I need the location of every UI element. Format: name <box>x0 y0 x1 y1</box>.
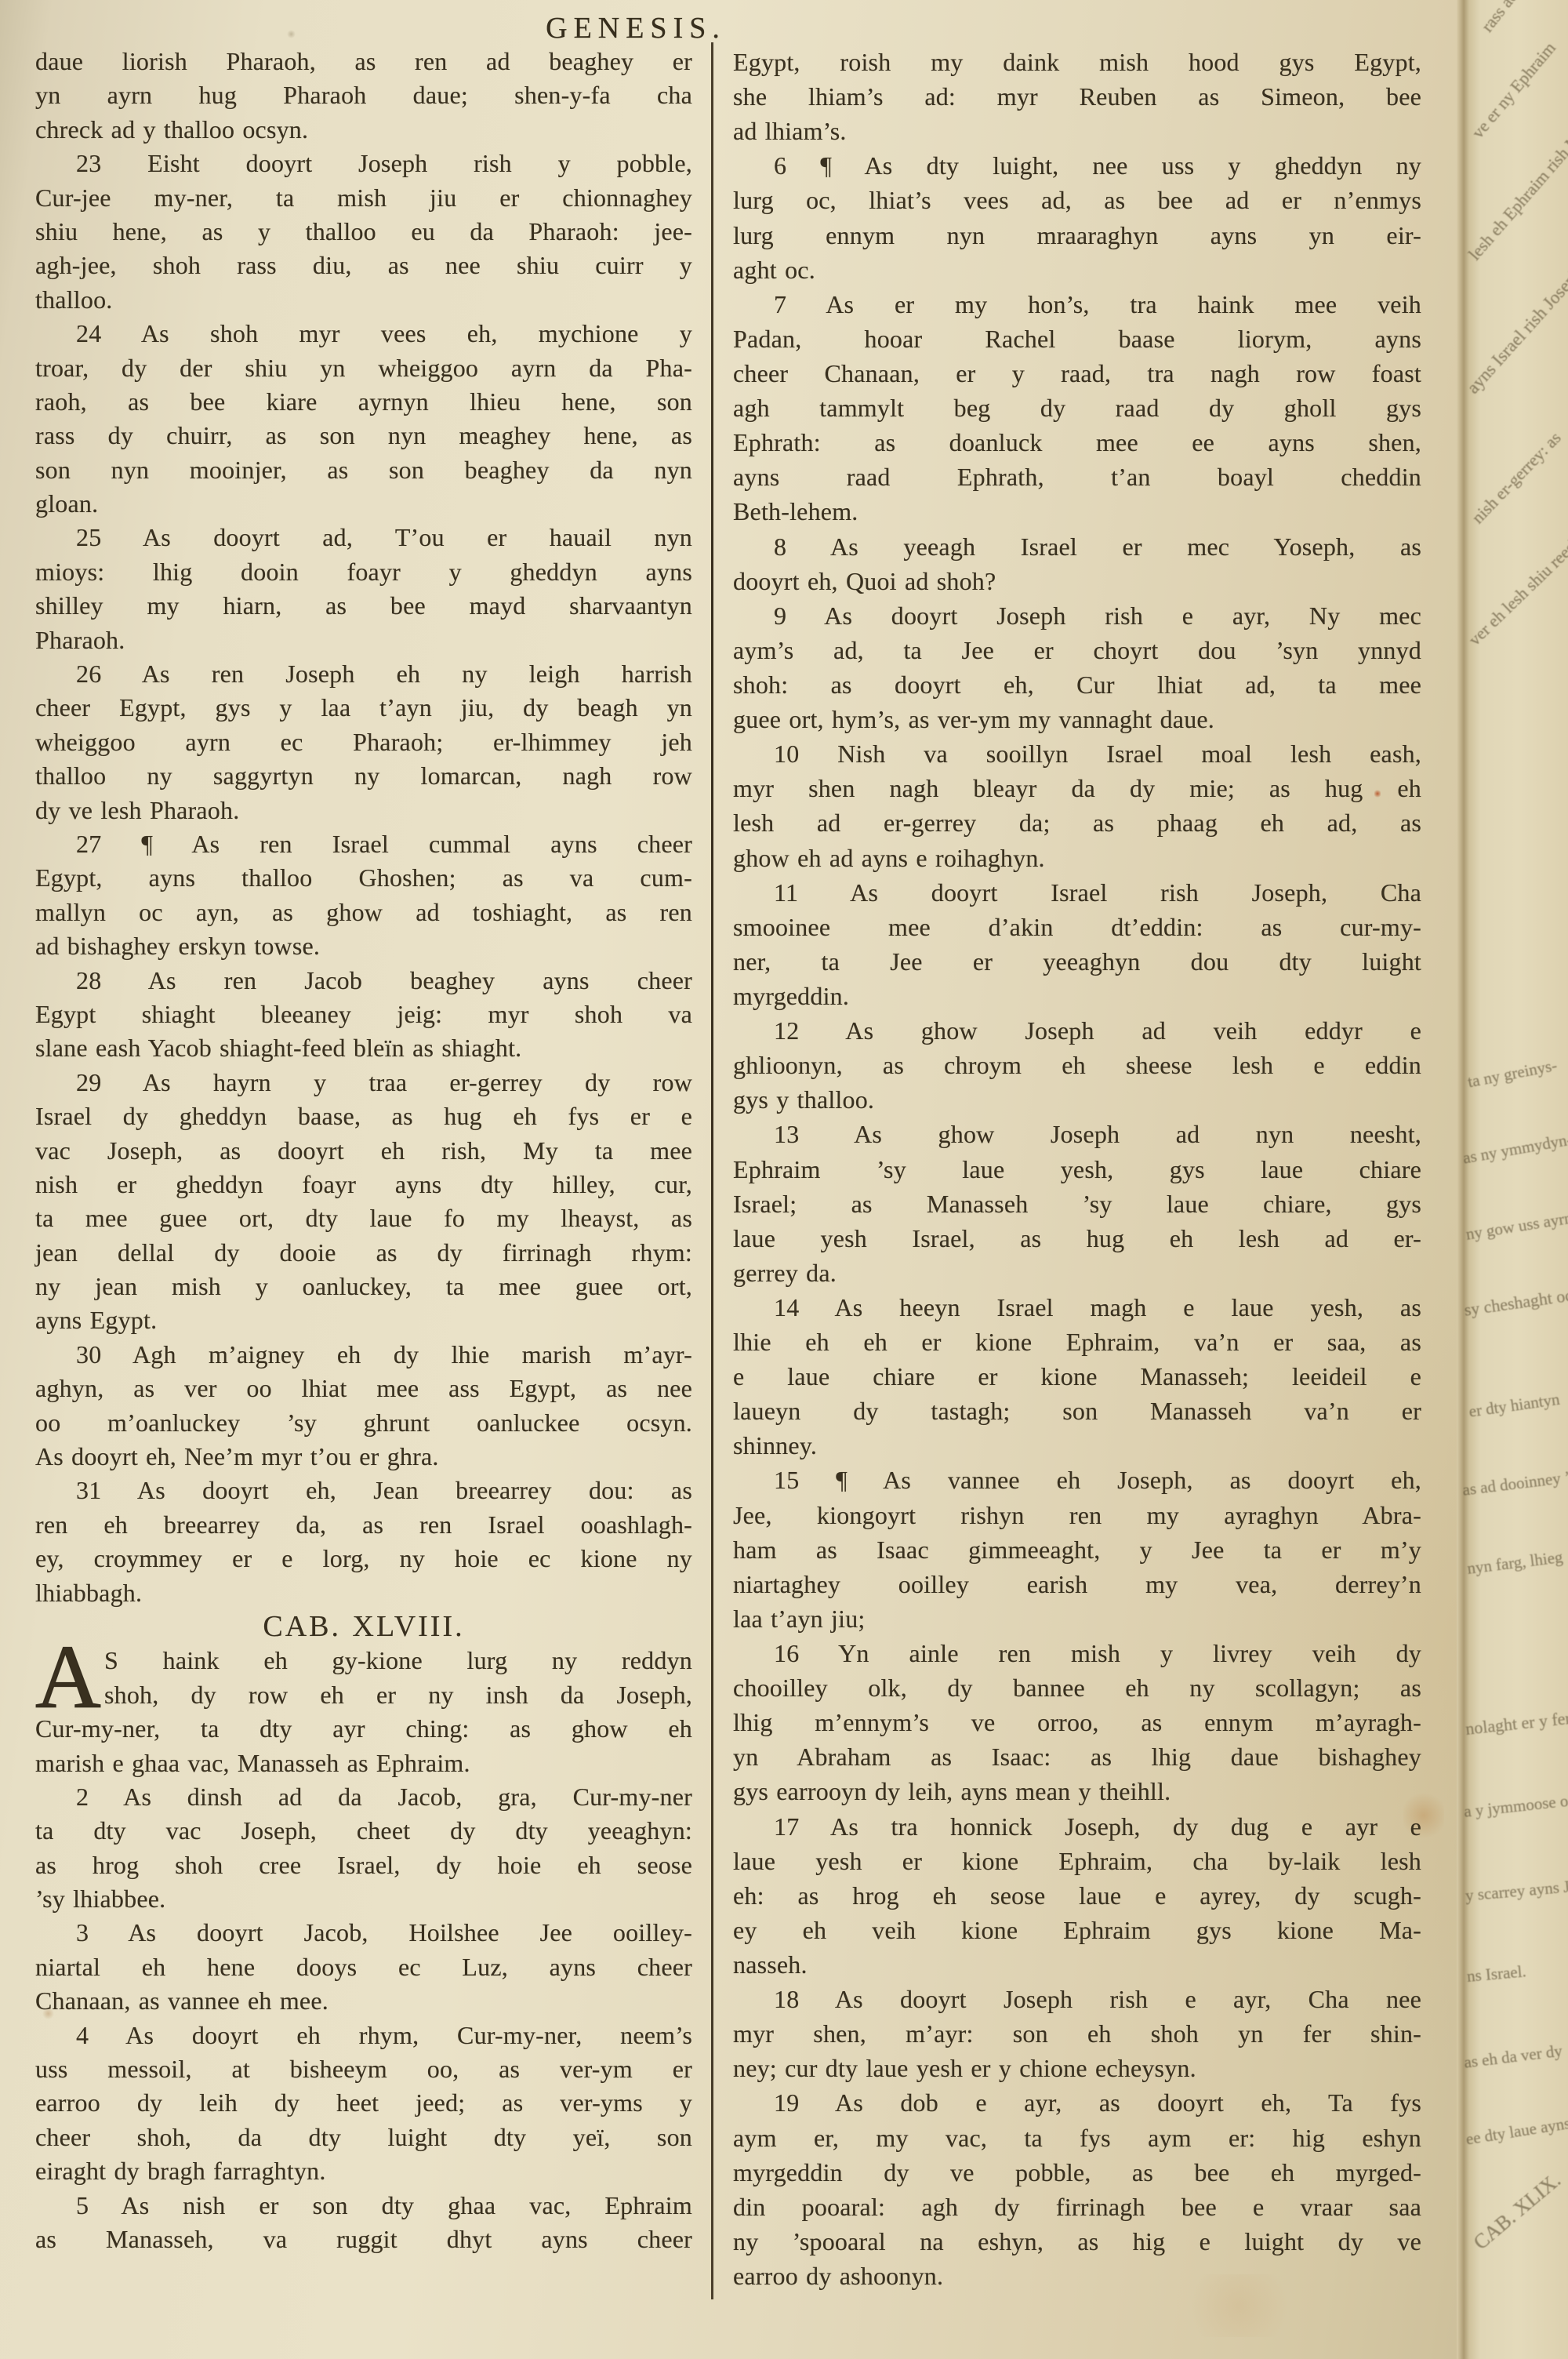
text-line: ad lhiam’s. <box>733 114 1421 148</box>
text-line: ham as Isaac gimmeeaght, y Jee ta er m’y <box>733 1532 1421 1567</box>
text-line: chooilley olk, dy bannee eh ny scollagyn… <box>733 1670 1421 1705</box>
text-line: e laue chiare er kione Manasseh; leeidei… <box>733 1359 1421 1394</box>
text-line: Jee, kiongoyrt rishyn ren my ayraghyn Ab… <box>733 1498 1421 1532</box>
text-line: gys earrooyn dy leih, ayns mean y theihl… <box>733 1774 1421 1808</box>
text-line: eiraght dy bragh farraghtyn. <box>35 2154 692 2188</box>
edge-text-fragment: lesh eh Ephraim rish M <box>1465 129 1568 264</box>
text-line: AS haink eh gy-kione lurg ny reddyn <box>35 1644 692 1677</box>
text-line: 23 Eisht dooyrt Joseph rish y pobble, <box>35 147 692 180</box>
edge-text-fragment: ny gow uss ayrn <box>1465 1209 1568 1245</box>
edge-text-fragment: as eh da ver dy <box>1463 2041 1563 2073</box>
chapter-heading: CAB. XLVIII. <box>35 1610 692 1644</box>
text-line: thalloo ny saggyrtyn ny lomarcan, nagh r… <box>35 759 692 793</box>
text-line: lesh ad er-gerrey da; as phaag eh ad, as <box>733 805 1421 840</box>
text-line: agh tammylt beg dy raad dy gholl gys <box>733 391 1421 425</box>
text-line: ad bishaghey erskyn towse. <box>35 929 692 963</box>
text-line: Pharaoh. <box>35 623 692 657</box>
text-line: as Manasseh, va ruggit dhyt ayns cheer <box>35 2223 692 2256</box>
text-line: 2 As dinsh ad da Jacob, gra, Cur-my-ner <box>35 1780 692 1814</box>
text-line: thalloo. <box>35 283 692 317</box>
text-line: myr shen nagh bleayr da dy mie; as hug e… <box>733 771 1421 805</box>
text-line: aght oc. <box>733 253 1421 287</box>
text-column-right: Egypt, roish my daink mish hood gys Egyp… <box>733 45 1421 2293</box>
text-line: ny jean mish y oanluckey, ta mee guee or… <box>35 1270 692 1303</box>
text-line: aghyn, as ver oo lhiat mee ass Egypt, as… <box>35 1372 692 1405</box>
text-line: 27 ¶ As ren Israel cummal ayns cheer <box>35 827 692 861</box>
text-line: dy ve lesh Pharaoh. <box>35 794 692 827</box>
edge-text-fragment: nolaght er y fer <box>1465 1708 1568 1739</box>
text-line: ghow eh ad ayns e roihaghyn. <box>733 841 1421 875</box>
edge-text-fragment: as ad dooinney ’gh <box>1461 1466 1568 1500</box>
text-line: ta dty vac Joseph, cheet dy dty yeeaghyn… <box>35 1814 692 1848</box>
text-line: cheer Egypt, gys y laa t’ayn jiu, dy bea… <box>35 691 692 725</box>
text-line: ny ’spooaral na eshyn, as hig e luight d… <box>733 2224 1421 2259</box>
text-line: 8 As yeeagh Israel er mec Yoseph, as <box>733 529 1421 564</box>
book-page: GENESIS. daue liorish Pharaoh, as ren ad… <box>0 0 1457 2359</box>
text-line: Ephraim ’sy laue yesh, gys laue chiare <box>733 1152 1421 1187</box>
text-column-left: daue liorish Pharaoh, as ren ad beaghey … <box>35 45 692 2256</box>
text-line: 28 As ren Jacob beaghey ayns cheer <box>35 964 692 998</box>
text-line: she lhiam’s ad: myr Reuben as Simeon, be… <box>733 79 1421 114</box>
text-line: din pooaral: agh dy firrinagh bee e vraa… <box>733 2190 1421 2224</box>
edge-text-fragment: CAB. XLIX. <box>1469 2168 1566 2255</box>
text-line: raoh, as bee kiare ayrnyn lhieu hene, so… <box>35 385 692 419</box>
text-line: Ephrath: as doanluck mee ee ayns shen, <box>733 425 1421 460</box>
text-line: laue yesh Israel, as hug eh lesh ad er- <box>733 1221 1421 1256</box>
text-line: Egypt shiaght bleeaney jeig: myr shoh va <box>35 998 692 1031</box>
text-line: earroo dy leih dy heet jeed; as ver-yms … <box>35 2086 692 2120</box>
text-line: 31 As dooyrt eh, Jean breearrey dou: as <box>35 1474 692 1507</box>
text-line: 10 Nish va sooillyn Israel moal lesh eas… <box>733 736 1421 771</box>
text-line: cheer Chanaan, er y raad, tra nagh row f… <box>733 356 1421 391</box>
text-line: 25 As dooyrt ad, T’ou er hauail nyn <box>35 521 692 554</box>
text-line: Padan, hooar Rachel baase liorym, ayns <box>733 322 1421 356</box>
edge-text-fragment: ee dty laue ayns <box>1465 2114 1568 2150</box>
text-line: myr shen, m’ayr: son eh shoh yn fer shin… <box>733 2016 1421 2051</box>
text-line: lhiabbagh. <box>35 1576 692 1610</box>
text-line: shilley my hiarn, as bee mayd sharvaanty… <box>35 589 692 623</box>
text-line: earroo dy ashoonyn. <box>733 2259 1421 2293</box>
text-line: 14 As heeyn Israel magh e laue yesh, as <box>733 1290 1421 1325</box>
text-line: 24 As shoh myr vees eh, mychione y <box>35 317 692 351</box>
text-line: Cur-jee my-ner, ta mish jiu er chionnagh… <box>35 181 692 215</box>
edge-text-fragment: nyn farg, lhieg <box>1466 1547 1564 1579</box>
edge-text-fragment: ayns Israel rish Joseph <box>1463 264 1568 398</box>
edge-text-fragment: ns Israel. <box>1466 1961 1527 1986</box>
text-line: 18 As dooyrt Joseph rish e ayr, Cha nee <box>733 1982 1421 2016</box>
edge-text-fragment: nish er-gerrey: as <box>1468 427 1565 528</box>
text-line: cheer shoh, da dty luight dty yeï, son <box>35 2121 692 2154</box>
text-line: Beth-lehem. <box>733 494 1421 529</box>
text-line: shiu hene, as y thalloo eu da Pharaoh: j… <box>35 215 692 249</box>
text-line: myrgeddin dy ve pobble, as bee eh myrged… <box>733 2155 1421 2190</box>
text-line: eh: as hrog eh seose laue e ayrey, dy sc… <box>733 1878 1421 1913</box>
text-line: niartaghey ooilley earish my vea, derrey… <box>733 1567 1421 1601</box>
next-page-edge: rass ad liorishve er ny Ephraimlesh eh E… <box>1457 0 1568 2359</box>
text-line: daue liorish Pharaoh, as ren ad beaghey … <box>35 45 692 78</box>
text-line: 5 As nish er son dty ghaa vac, Ephraim <box>35 2189 692 2223</box>
text-line: yn Abraham as Isaac: as lhig daue bishag… <box>733 1739 1421 1774</box>
text-line: mioys: lhig dooin foayr y gheddyn ayns <box>35 555 692 589</box>
text-line: niartal eh hene dooys ec Luz, ayns cheer <box>35 1950 692 1984</box>
text-line: guee ort, hym’s, as ver-ym my vannaght d… <box>733 702 1421 736</box>
text-line: son nyn mooinjer, as son beaghey da nyn <box>35 453 692 487</box>
edge-text-fragment: ver eh lesh shiu reesht g <box>1465 520 1568 650</box>
text-line: wheiggoo ayrn ec Pharaoh; er-lhimmey jeh <box>35 725 692 759</box>
text-line: 4 As dooyrt eh rhym, Cur-my-ner, neem’s <box>35 2019 692 2052</box>
text-line: Egypt, roish my daink mish hood gys Egyp… <box>733 45 1421 79</box>
text-line: lhie eh eh er kione Ephraim, va’n er saa… <box>733 1325 1421 1359</box>
text-line: ney; cur dty laue yesh er y chione echey… <box>733 2051 1421 2085</box>
text-line: 29 As hayrn y traa er-gerrey dy row <box>35 1066 692 1100</box>
running-head: GENESIS. <box>0 11 1364 45</box>
text-line: aym’s ad, ta Jee er choyrt dou ’syn ynny… <box>733 633 1421 667</box>
text-line: ayns Egypt. <box>35 1303 692 1337</box>
edge-text-fragment: sy cheshaght oc, O <box>1463 1282 1568 1321</box>
text-line: shoh: as dooyrt eh, Cur lhiat ad, ta mee <box>733 667 1421 702</box>
text-line: gloan. <box>35 487 692 521</box>
text-line: ta mee guee ort, dty laue fo my lheayst,… <box>35 1201 692 1235</box>
text-line: agh-jee, shoh rass diu, as nee shiu cuir… <box>35 249 692 282</box>
text-line: yn ayrn hug Pharaoh daue; shen-y-fa cha <box>35 78 692 112</box>
text-line: as hrog shoh cree Israel, dy hoie eh seo… <box>35 1848 692 1882</box>
text-line: 9 As dooyrt Joseph rish e ayr, Ny mec <box>733 598 1421 633</box>
text-line: gys y thalloo. <box>733 1082 1421 1117</box>
edge-text-fragment: a y jymmoose oc <box>1463 1790 1568 1822</box>
text-line: Israel; as Manasseh ’sy laue chiare, gys <box>733 1187 1421 1221</box>
text-line: rass dy chuirr, as son nyn meaghey hene,… <box>35 419 692 453</box>
text-line: jean dellal dy dooie as dy firrinagh rhy… <box>35 1236 692 1270</box>
text-line: 6 ¶ As dty luight, nee uss y gheddyn ny <box>733 148 1421 183</box>
text-line: gerrey da. <box>733 1256 1421 1290</box>
text-line: ren eh breearrey da, as ren Israel ooash… <box>35 1508 692 1542</box>
text-line: ey, croymmey er e lorg, ny hoie ec kione… <box>35 1542 692 1576</box>
text-line: ’sy lhiabbee. <box>35 1882 692 1916</box>
text-line: aym er, my vac, ta fys aym er: hig eshyn <box>733 2121 1421 2155</box>
edge-text-fragment: ta ny greinys- <box>1466 1056 1559 1092</box>
text-line: chreck ad y thalloo ocsyn. <box>35 113 692 147</box>
edge-text-fragment: er dty hiantyn <box>1468 1390 1561 1422</box>
text-line: Israel dy gheddyn baase, as hug eh fys e… <box>35 1100 692 1133</box>
text-line: marish e ghaa vac, Manasseh as Ephraim. <box>35 1747 692 1780</box>
text-line: 12 As ghow Joseph ad veih eddyr e <box>733 1013 1421 1048</box>
text-line: ayns raad Ephrath, t’an boayl cheddin <box>733 460 1421 494</box>
text-line: troar, dy der shiu yn wheiggoo ayrn da P… <box>35 351 692 385</box>
text-line: smooinee mee d’akin dt’eddin: as cur-my- <box>733 910 1421 944</box>
text-line: uss messoil, at bisheeym oo, as ver-ym e… <box>35 2052 692 2086</box>
edge-text-fragment: y scarrey ayns Jac <box>1465 1876 1568 1906</box>
text-line: ey eh veih kione Ephraim gys kione Ma- <box>733 1913 1421 1947</box>
edge-text-fragment: as ny ymmydyn-vaghee <box>1461 1121 1568 1168</box>
text-line: slane eash Yacob shiaght-feed bleïn as s… <box>35 1031 692 1065</box>
column-divider-rule <box>711 42 713 2299</box>
text-line: laueyn dy tastagh; son Manasseh va’n er <box>733 1394 1421 1428</box>
text-line: mallyn oc ayn, as ghow ad toshiaght, as … <box>35 896 692 929</box>
text-line: lhig m’ennym’s ve orroo, as ennym m’ayra… <box>733 1705 1421 1739</box>
text-line: 3 As dooyrt Jacob, Hoilshee Jee ooilley- <box>35 1916 692 1950</box>
text-line: 15 ¶ As vannee eh Joseph, as dooyrt eh, <box>733 1463 1421 1497</box>
text-line: Cur-my-ner, ta dty ayr ching: as ghow eh <box>35 1712 692 1746</box>
text-line: Chanaan, as vannee eh mee. <box>35 1984 692 2018</box>
text-line: laue yesh er kione Ephraim, cha by-laik … <box>733 1844 1421 1878</box>
text-line: dooyrt eh, Quoi ad shoh? <box>733 564 1421 598</box>
text-line: ner, ta Jee er yeeaghyn dou dty luight <box>733 944 1421 979</box>
text-line: 11 As dooyrt Israel rish Joseph, Cha <box>733 875 1421 910</box>
text-line: 7 As er my hon’s, tra haink mee veih <box>733 287 1421 322</box>
edge-text-fragment: ve er ny Ephraim <box>1468 38 1560 142</box>
text-line: ghlioonyn, as chroym eh sheese lesh e ed… <box>733 1048 1421 1082</box>
text-line: 13 As ghow Joseph ad nyn neesht, <box>733 1117 1421 1151</box>
text-line: oo m’oanluckey ’sy ghrunt oanluckee ocsy… <box>35 1406 692 1440</box>
text-line: 19 As dob e ayr, as dooyrt eh, Ta fys <box>733 2085 1421 2120</box>
text-line: 17 As tra honnick Joseph, dy dug e ayr e <box>733 1809 1421 1844</box>
text-line: lurg ennym nyn mraaraghyn ayns yn eir- <box>733 218 1421 253</box>
edge-text-fragment: rass ad liorish <box>1477 0 1552 36</box>
text-line: 26 As ren Joseph eh ny leigh harrish <box>35 657 692 691</box>
text-line: 30 Agh m’aigney eh dy lhie marish m’ayr- <box>35 1338 692 1372</box>
text-line: vac Joseph, as dooyrt eh rish, My ta mee <box>35 1134 692 1168</box>
text-line: As dooyrt eh, Nee’m myr t’ou er ghra. <box>35 1440 692 1474</box>
text-line: nasseh. <box>733 1947 1421 1982</box>
text-line: Egypt, ayns thalloo Ghoshen; as va cum- <box>35 861 692 895</box>
text-line: laa t’ayn jiu; <box>733 1601 1421 1636</box>
text-line: 16 Yn ainle ren mish y livrey veih dy <box>733 1636 1421 1670</box>
text-line: lurg oc, lhiat’s vees ad, as bee ad er n… <box>733 183 1421 217</box>
text-line: nish er gheddyn foayr ayns dty hilley, c… <box>35 1168 692 1201</box>
text-line: shoh, dy row eh er ny insh da Joseph, <box>35 1678 692 1712</box>
text-line: shinney. <box>733 1428 1421 1463</box>
text-line: myrgeddin. <box>733 979 1421 1013</box>
